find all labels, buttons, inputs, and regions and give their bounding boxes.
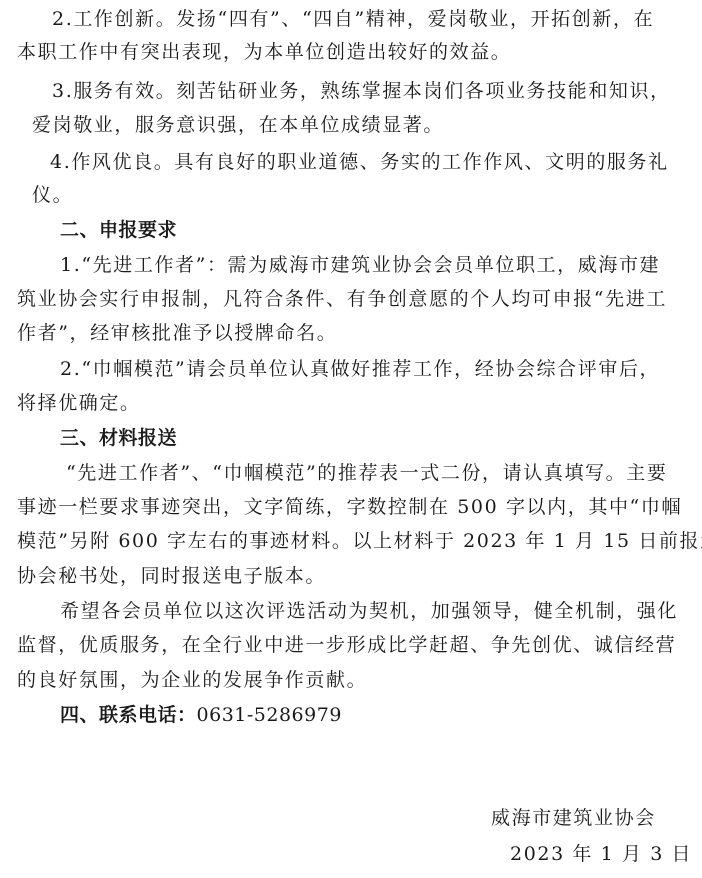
contact-phone-label: 四、联系电话： (60, 704, 197, 726)
closing-line-2: 监督，优质服务，在全行业中进一步形成比学赶超、争先创优、诚信经营 (17, 633, 676, 657)
paragraph-style-line-2: 仪。 (32, 183, 73, 207)
paragraph-work-innovation-line-1: 2.工作创新。发扬“四有”、“四自”精神，爱岗敬业，开拓创新，在 (52, 7, 654, 31)
closing-line-1: 希望各会员单位以这次评选活动为契机，加强领导，健全机制，强化 (60, 599, 678, 623)
paragraph-style-line-1: 4.作风优良。具有良好的职业道德、务实的工作作风、文明的服务礼 (50, 150, 669, 174)
signature-date: 2023 年 1 月 3 日 (510, 842, 692, 866)
section-heading-material-submission: 三、材料报送 (60, 426, 177, 450)
requirement-2-line-2: 将择优确定。 (17, 391, 141, 415)
requirement-1-line-1: 1.“先进工作者”：需为威海市建筑业协会会员单位职工，威海市建 (60, 253, 660, 277)
submission-line-3: 模范”另附 600 字左右的事迹材料。以上材料于 2023 年 1 月 15 日… (17, 529, 702, 553)
requirement-1-line-3: 作者”，经审核批准予以授牌命名。 (17, 321, 337, 345)
contact-phone-number: 0631-5286979 (197, 704, 342, 726)
requirement-2-line-1: 2.“巾帼模范”请会员单位认真做好推荐工作，经协会综合评审后， (60, 357, 660, 381)
section-heading-contact-phone: 四、联系电话：0631-5286979 (60, 703, 342, 727)
section-heading-application-requirements: 二、申报要求 (60, 218, 177, 242)
paragraph-service-line-2: 爱岗敬业，服务意识强，在本单位成绩显著。 (32, 113, 444, 137)
closing-line-3: 的良好氛围，为企业的发展争作贡献。 (17, 668, 367, 692)
paragraph-work-innovation-line-2: 本职工作中有突出表现，为本单位创造出较好的效益。 (17, 40, 511, 64)
submission-line-1: “先进工作者”、“巾帼模范”的推荐表一式二份，请认真填写。主要 (66, 461, 667, 485)
signature-organization: 威海市建筑业协会 (491, 806, 656, 830)
requirement-1-line-2: 筑业协会实行申报制，凡符合条件、有争创意愿的个人均可申报“先进工 (17, 287, 667, 311)
submission-line-2: 事迹一栏要求事迹突出，文字简练，字数控制在 500 字以内，其中“巾帼 (17, 495, 682, 519)
paragraph-service-line-1: 3.服务有效。刻苦钻研业务，熟练掌握本岗们各项业务技能和知识， (52, 79, 671, 103)
submission-line-4: 协会秘书处，同时报送电子版本。 (17, 564, 326, 588)
